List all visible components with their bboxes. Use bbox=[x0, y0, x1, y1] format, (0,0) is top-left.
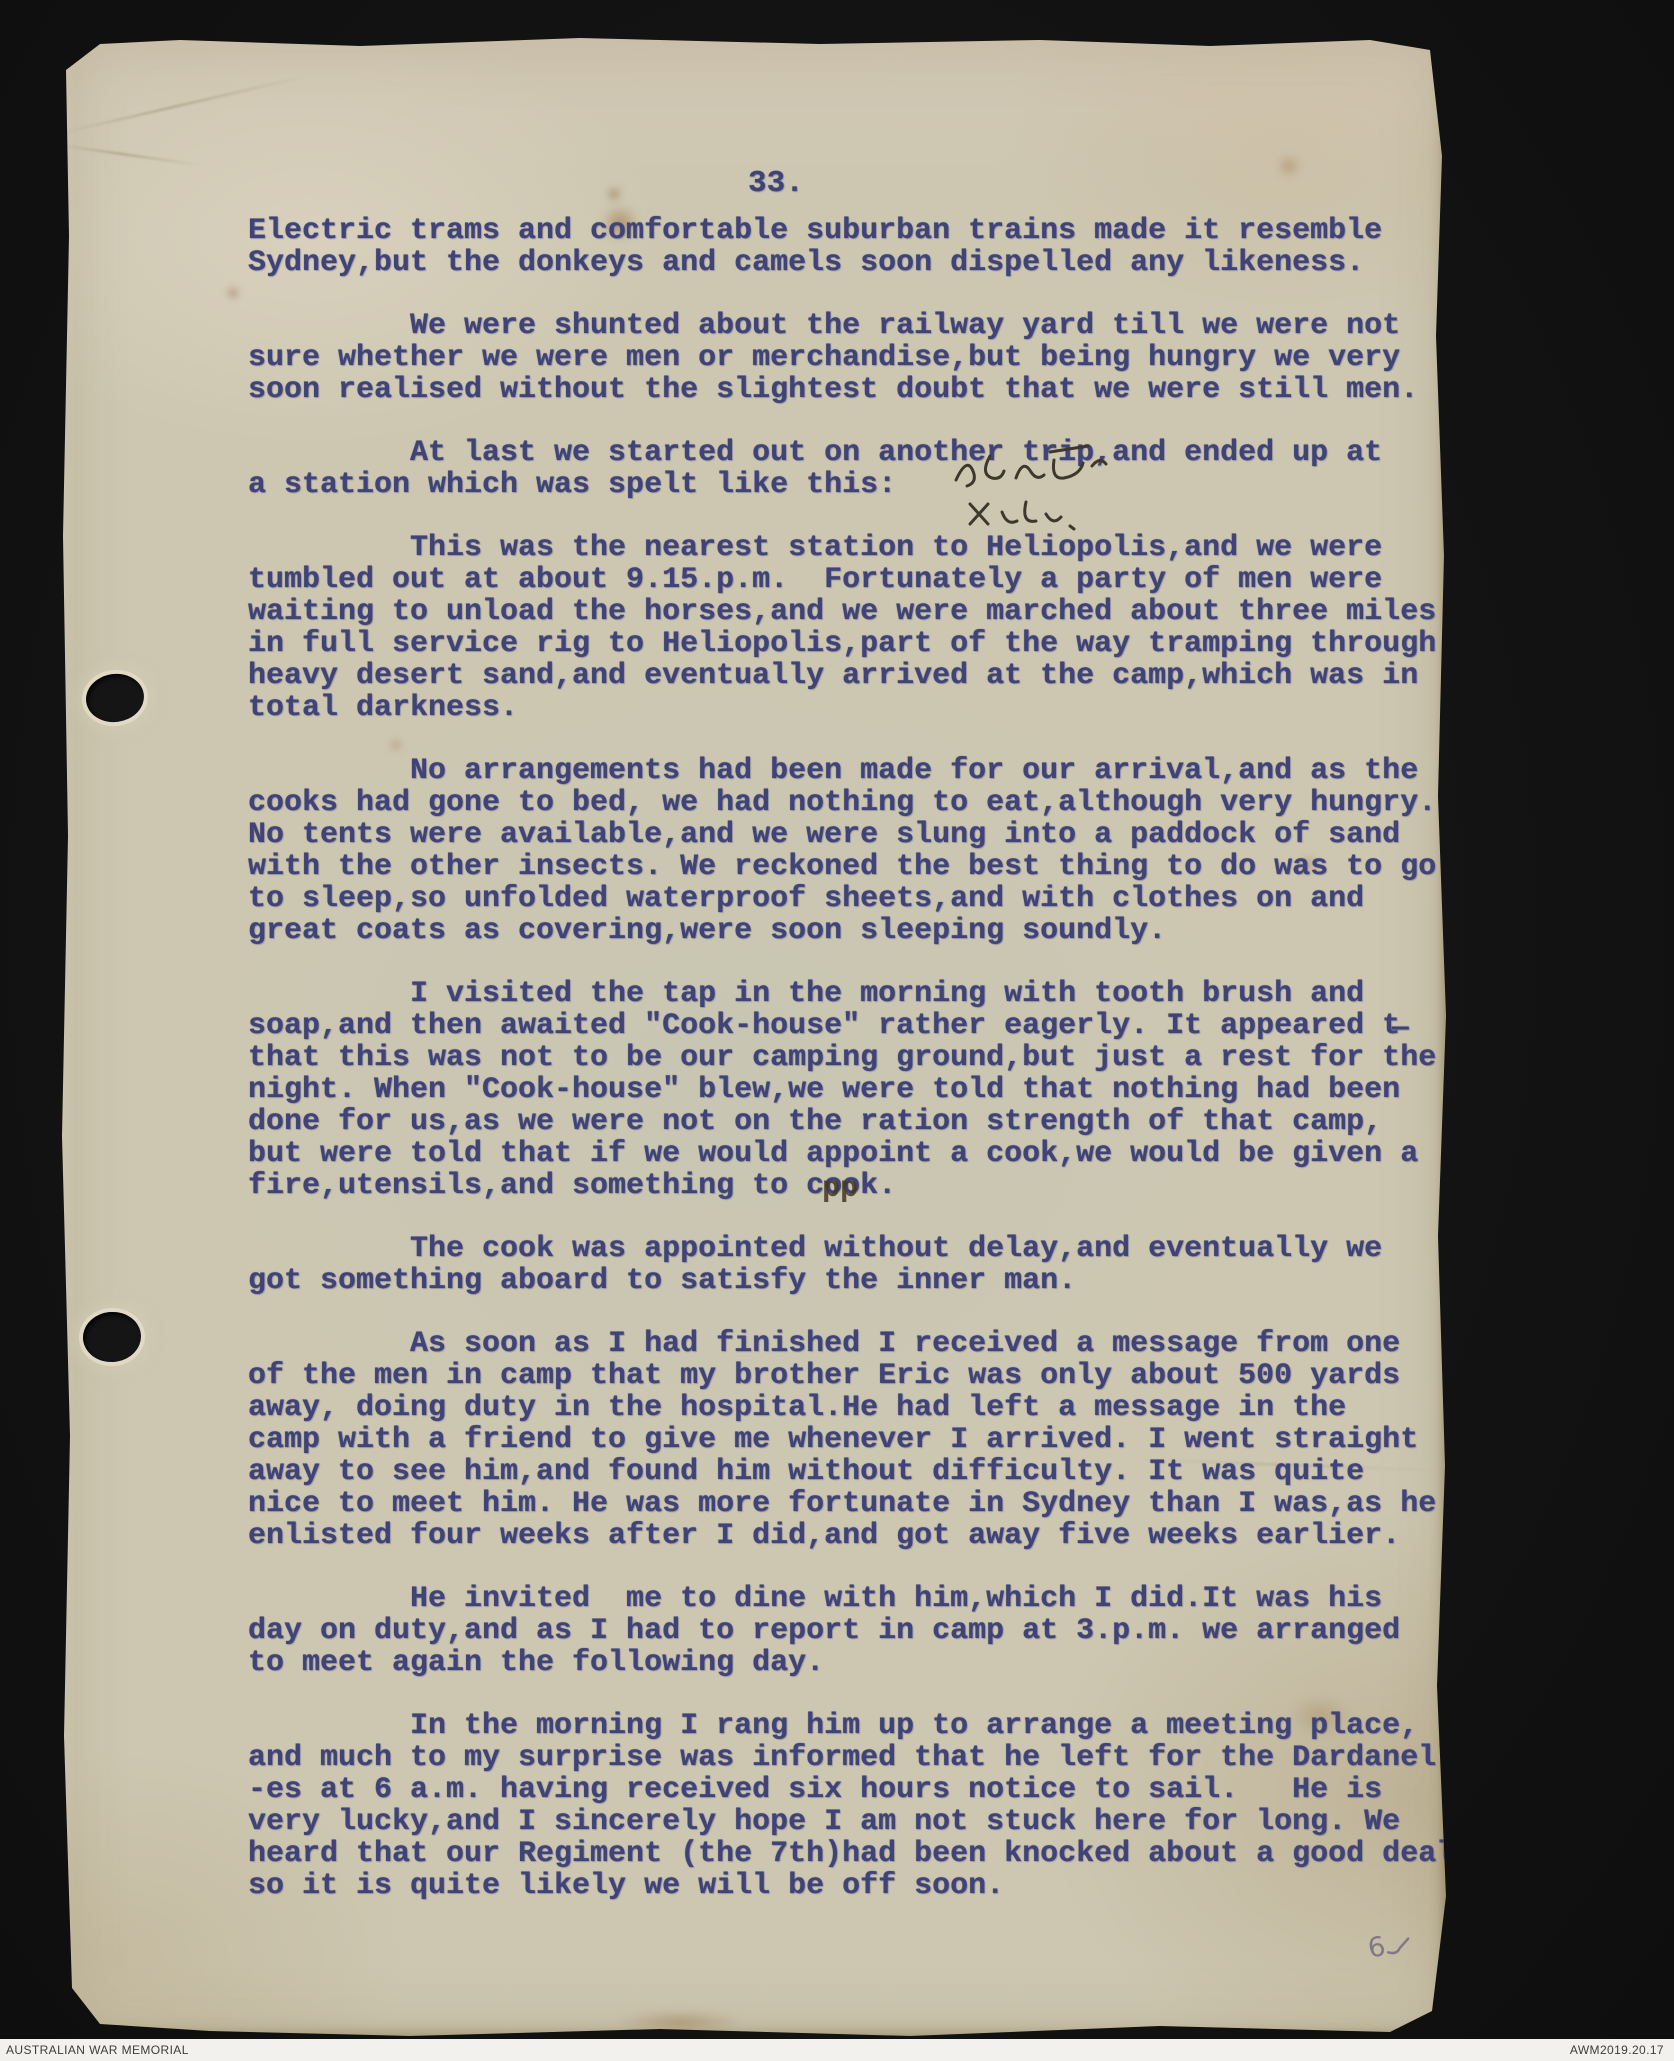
typed-line: a station which was spelt like this: bbox=[248, 469, 1478, 501]
typed-line: got something aboard to satisfy the inne… bbox=[248, 1265, 1478, 1297]
typed-line: This was the nearest station to Heliopol… bbox=[248, 532, 1478, 564]
typed-line: As soon as I had finished I received a m… bbox=[248, 1328, 1478, 1360]
typed-line: sure whether we were men or merchandise,… bbox=[248, 342, 1478, 374]
typed-line: great coats as covering,were soon sleepi… bbox=[248, 915, 1478, 947]
typed-line: in full service rig to Heliopolis,part o… bbox=[248, 628, 1478, 660]
typed-line: enlisted four weeks after I did,and got … bbox=[248, 1520, 1478, 1552]
typed-line: soon realised without the slightest doub… bbox=[248, 374, 1478, 406]
paper-stain bbox=[606, 188, 622, 200]
typed-line: to sleep,so unfolded waterproof sheets,a… bbox=[248, 883, 1478, 915]
paper-crease bbox=[55, 75, 309, 135]
typed-line: with the other insects. We reckoned the … bbox=[248, 851, 1478, 883]
paragraph: The cook was appointed without delay,and… bbox=[248, 1233, 1478, 1297]
typed-line: We were shunted about the railway yard t… bbox=[248, 310, 1478, 342]
typed-line: very lucky,and I sincerely hope I am not… bbox=[248, 1806, 1478, 1838]
paragraph: He invited me to dine with him,which I d… bbox=[248, 1583, 1478, 1679]
paragraph: As soon as I had finished I received a m… bbox=[248, 1328, 1478, 1552]
paper-crease bbox=[55, 144, 204, 167]
typed-text-block: Electric trams and comfortable suburban … bbox=[248, 215, 1478, 1933]
scanned-document-frame: 33. Electric trams and comfortable subur… bbox=[0, 0, 1674, 2061]
typed-line: fire,utensils,and something to cook. bbox=[248, 1170, 1478, 1202]
typed-line: -es at 6 a.m. having received six hours … bbox=[248, 1774, 1478, 1806]
typed-line: done for us,as we were not on the ration… bbox=[248, 1106, 1478, 1138]
punch-hole bbox=[81, 1310, 142, 1364]
typed-line: to meet again the following day. bbox=[248, 1647, 1478, 1679]
paragraph: This was the nearest station to Heliopol… bbox=[248, 532, 1478, 724]
typed-line: total darkness. bbox=[248, 692, 1478, 724]
overtyped-correction: pp bbox=[822, 1172, 858, 1206]
punch-hole bbox=[83, 670, 147, 726]
archive-name-label: AUSTRALIAN WAR MEMORIAL bbox=[6, 2039, 189, 2061]
typed-line: tumbled out at about 9.15.p.m. Fortunate… bbox=[248, 564, 1478, 596]
typed-line: soap,and then awaited "Cook-house" rathe… bbox=[248, 1010, 1478, 1042]
typed-line: In the morning I rang him up to arrange … bbox=[248, 1710, 1478, 1742]
typed-line: He invited me to dine with him,which I d… bbox=[248, 1583, 1478, 1615]
typed-line: night. When "Cook-house" blew,we were to… bbox=[248, 1074, 1478, 1106]
paragraph: We were shunted about the railway yard t… bbox=[248, 310, 1478, 406]
typed-line: but were told that if we would appoint a… bbox=[248, 1138, 1478, 1170]
typed-line: cooks had gone to bed, we had nothing to… bbox=[248, 787, 1478, 819]
page-number: 33. bbox=[748, 166, 804, 201]
typed-line: that this was not to be our camping grou… bbox=[248, 1042, 1478, 1074]
paper-stain bbox=[1276, 156, 1302, 176]
paragraph: I visited the tap in the morning with to… bbox=[248, 978, 1478, 1202]
typed-line: Sydney,but the donkeys and camels soon d… bbox=[248, 247, 1478, 279]
typed-line: Electric trams and comfortable suburban … bbox=[248, 215, 1478, 247]
archive-caption-bar: AUSTRALIAN WAR MEMORIAL AWM2019.20.17 bbox=[0, 2039, 1674, 2061]
typed-line: and much to my surprise was informed tha… bbox=[248, 1742, 1478, 1774]
typed-line: No tents were available,and we were slun… bbox=[248, 819, 1478, 851]
handwritten-station-name bbox=[942, 440, 1162, 541]
paragraph: In the morning I rang him up to arrange … bbox=[248, 1710, 1478, 1902]
typed-line: waiting to unload the horses,and we were… bbox=[248, 596, 1478, 628]
typed-line: At last we started out on another trip,a… bbox=[248, 437, 1478, 469]
typed-line: away, doing duty in the hospital.He had … bbox=[248, 1392, 1478, 1424]
paragraph: Electric trams and comfortable suburban … bbox=[248, 215, 1478, 279]
typed-line: The cook was appointed without delay,and… bbox=[248, 1233, 1478, 1265]
typed-line: day on duty,and as I had to report in ca… bbox=[248, 1615, 1478, 1647]
paper-stain bbox=[228, 288, 238, 298]
typed-line: nice to meet him. He was more fortunate … bbox=[248, 1488, 1478, 1520]
typed-line: so it is quite likely we will be off soo… bbox=[248, 1870, 1478, 1902]
typed-line: of the men in camp that my brother Eric … bbox=[248, 1360, 1478, 1392]
paragraph: No arrangements had been made for our ar… bbox=[248, 755, 1478, 947]
pencil-mark: 6 bbox=[1366, 1926, 1414, 1964]
typed-line: heavy desert sand,and eventually arrived… bbox=[248, 660, 1478, 692]
typed-line: heard that our Regiment (the 7th)had bee… bbox=[248, 1838, 1478, 1870]
paper-stain bbox=[620, 2011, 740, 2033]
diary-page: 33. Electric trams and comfortable subur… bbox=[60, 36, 1448, 2038]
typed-line: camp with a friend to give me whenever I… bbox=[248, 1424, 1478, 1456]
typed-line: No arrangements had been made for our ar… bbox=[248, 755, 1478, 787]
paragraph: At last we started out on another trip,a… bbox=[248, 437, 1478, 501]
typed-line: I visited the tap in the morning with to… bbox=[248, 978, 1478, 1010]
archive-id-label: AWM2019.20.17 bbox=[1570, 2039, 1664, 2061]
typed-line: away to see him,and found him without di… bbox=[248, 1456, 1478, 1488]
